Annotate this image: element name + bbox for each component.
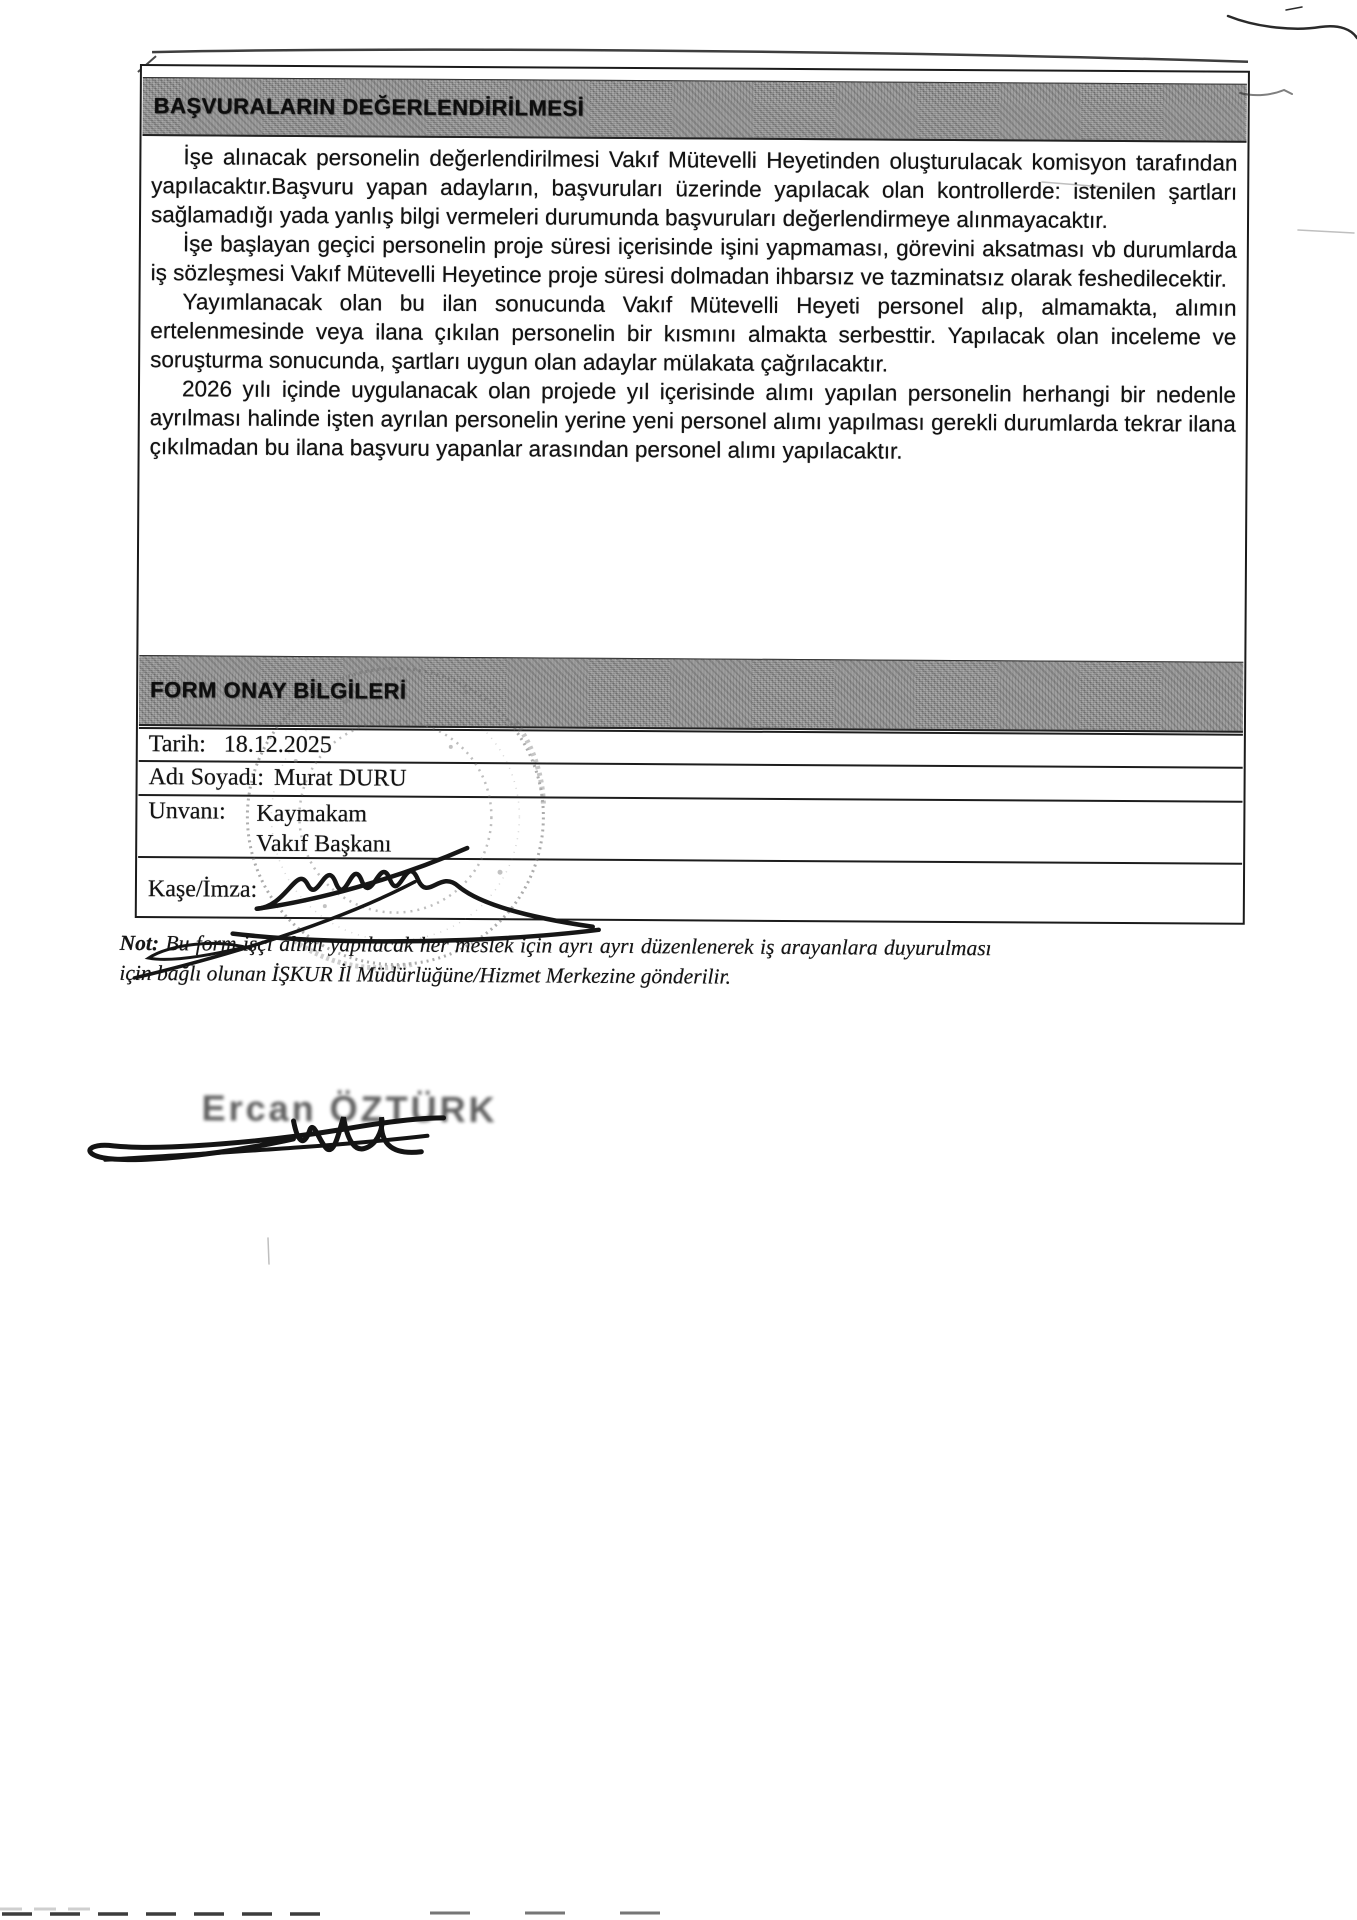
name-value: Murat DURU [274, 765, 407, 793]
name-label: Adı Soyadı: [149, 764, 265, 792]
bottom-stamp-name: Ercan ÖZTÜRK [201, 1087, 497, 1130]
note-prefix: Not: [120, 931, 160, 955]
stamp-signature-label: Kaşe/İmza: [148, 876, 257, 904]
section-title-approval: FORM ONAY BİLGİLERİ [139, 677, 407, 705]
section-header-approval: FORM ONAY BİLGİLERİ [139, 655, 1243, 733]
document-box: BAŞVURALARIN DEĞERLENDİRİLMESİ İşe alına… [135, 64, 1250, 925]
paragraph-3: Yayımlanacak olan bu ilan sonucunda Vakı… [150, 287, 1237, 381]
paragraph-4: 2026 yılı içinde uygulanacak olan projed… [150, 374, 1237, 468]
section-header-evaluation: BAŞVURALARIN DEĞERLENDİRİLMESİ [143, 77, 1247, 143]
evaluation-paragraphs: İşe alınacak personelin değerlendirilmes… [150, 142, 1238, 468]
title-label: Unvanı: [148, 798, 225, 825]
paragraph-2: İşe başlayan geçici personelin proje sür… [151, 229, 1237, 294]
bottom-signature-strokes [90, 1116, 444, 1162]
title-values: Kaymakam Vakıf Başkanı [256, 799, 392, 860]
title-value-line2: Vakıf Başkanı [256, 831, 391, 858]
paragraph-1: İşe alınacak personelin değerlendirilmes… [151, 142, 1238, 236]
document-skew-wrapper: BAŞVURALARIN DEĞERLENDİRİLMESİ İşe alına… [0, 0, 1357, 1920]
note-text: Not: Bu form işçi alımı yapılacak her me… [119, 928, 991, 993]
title-value-line1: Kaymakam [256, 801, 367, 828]
table-row-title: Unvanı: Kaymakam Vakıf Başkanı [138, 794, 1242, 863]
date-label: Tarih: [149, 731, 206, 758]
note-body: Bu form işçi alımı yapılacak her meslek … [119, 931, 991, 988]
scanned-document-page: BAŞVURALARIN DEĞERLENDİRİLMESİ İşe alına… [0, 0, 1357, 1920]
table-row-stamp-signature: Kaşe/İmza: [138, 856, 1242, 927]
date-value: 18.12.2025 [224, 732, 332, 760]
section-title-evaluation: BAŞVURALARIN DEĞERLENDİRİLMESİ [143, 93, 585, 122]
